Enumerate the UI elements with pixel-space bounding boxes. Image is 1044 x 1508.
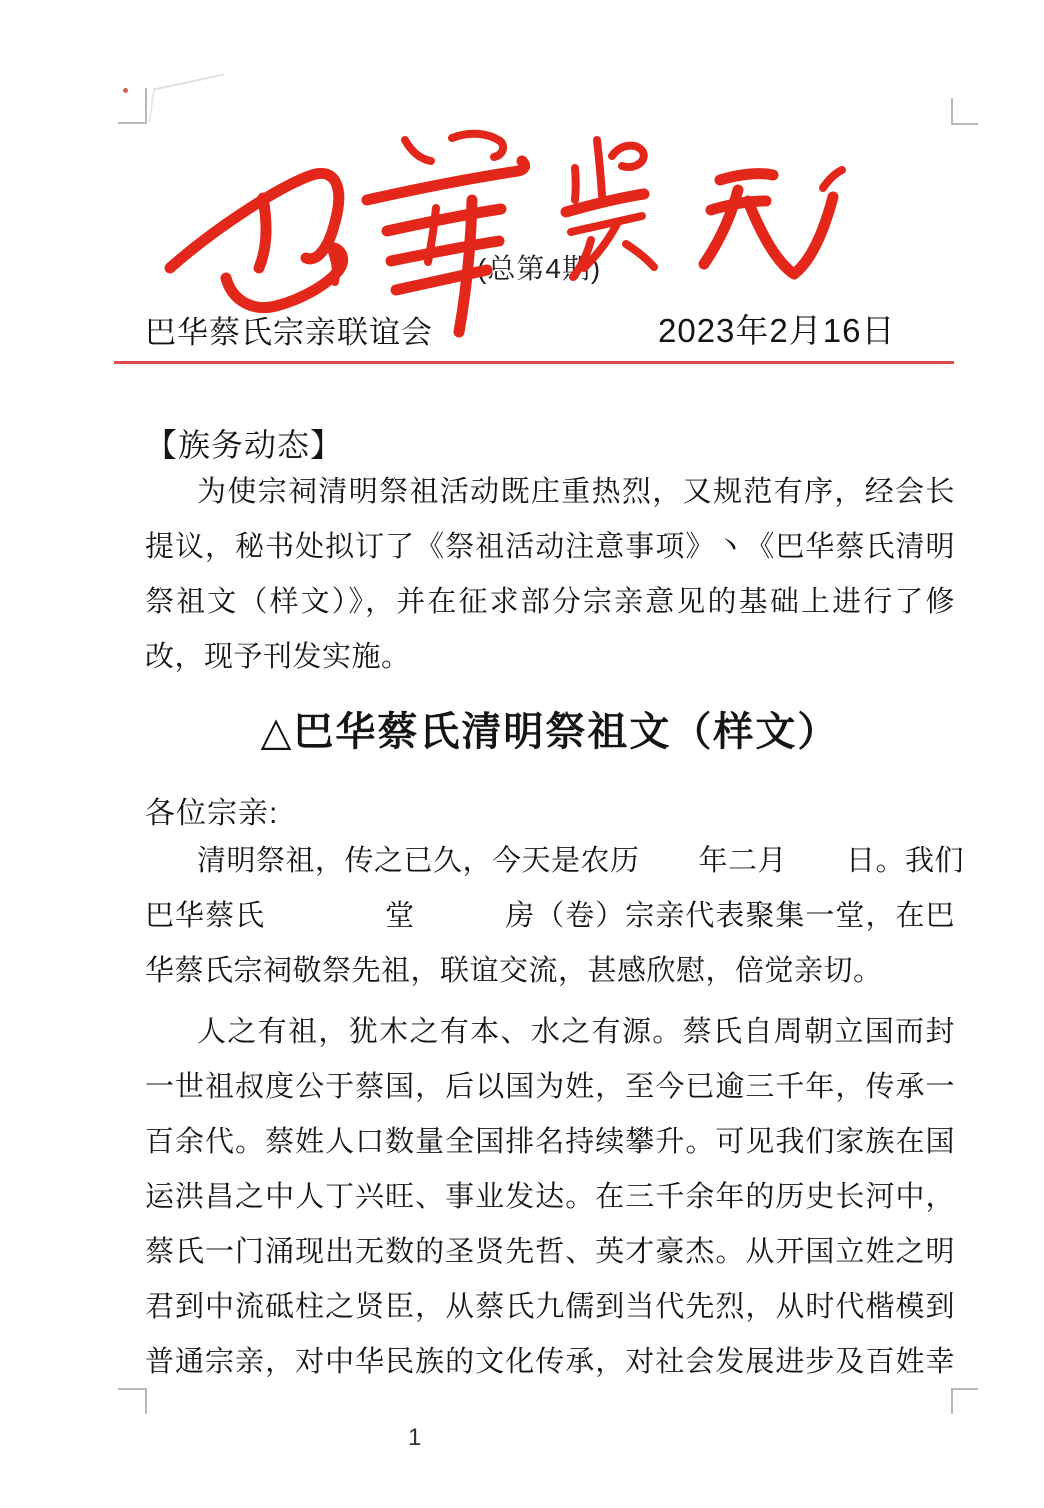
issue-label: (总第4期) — [477, 247, 601, 287]
body-line: 改，现予刊发实施。 — [145, 630, 955, 685]
smudge-mark — [148, 74, 223, 123]
document-page: (总第4期) 巴华蔡氏宗亲联谊会 2023年2月16日 【族务动态】 为使宗祠清… — [0, 0, 1044, 1508]
text-boundary-mark-top-right — [951, 98, 978, 125]
body-line: 君到中流砥柱之贤臣，从蔡氏九儒到当代先烈，从时代楷模到 — [145, 1280, 955, 1335]
body-line: 蔡氏一门涌现出无数的圣贤先哲、英才豪杰。从开国立姓之明 — [145, 1225, 955, 1280]
page-number: 1 — [408, 1424, 421, 1452]
body-line: 提议，秘书处拟订了《祭祖活动注意事项》丶《巴华蔡氏清明 — [145, 520, 955, 575]
text-boundary-mark-bottom-left — [118, 1388, 147, 1414]
calligraphy-char-hua — [367, 134, 525, 332]
body-line: 清明祭祖，传之已久，今天是农历 年二月 日。我们 — [145, 834, 955, 889]
body-line: 运洪昌之中人丁兴旺、事业发达。在三千余年的历史长河中， — [145, 1170, 955, 1225]
body-line: 祭祖文（样文）》，并在征求部分宗亲意见的基础上进行了修 — [145, 575, 955, 630]
text-boundary-mark-top-left — [118, 88, 147, 124]
org-name: 巴华蔡氏宗亲联谊会 — [145, 307, 433, 352]
paragraph-history: 人之有祖，犹木之有本、水之有源。蔡氏自周朝立国而封 一世祖叔度公于蔡国，后以国为… — [145, 1005, 955, 1390]
body-line: 巴华蔡氏 堂 房（卷）宗亲代表聚集一堂，在巴 — [145, 889, 955, 944]
masthead-calligraphy — [120, 100, 870, 340]
body-line: 百余代。蔡姓人口数量全国排名持续攀升。可见我们家族在国 — [145, 1115, 955, 1170]
body-line: 普通宗亲，对中华民族的文化传承，对社会发展进步及百姓幸 — [145, 1335, 955, 1390]
salutation: 各位宗亲: — [145, 788, 278, 832]
body-line: 一世祖叔度公于蔡国，后以国为姓，至今已逾三千年，传承一 — [145, 1060, 955, 1115]
paragraph-opening: 清明祭祖，传之已久，今天是农历 年二月 日。我们 巴华蔡氏 堂 房（卷）宗亲代表… — [145, 834, 955, 999]
body-line: 华蔡氏宗祠敬祭先祖，联谊交流，甚感欣慰，倍觉亲切。 — [145, 944, 955, 999]
text-boundary-mark-bottom-right — [951, 1388, 978, 1414]
body-line: 人之有祖，犹木之有本、水之有源。蔡氏自周朝立国而封 — [145, 1005, 955, 1060]
article-heading: △巴华蔡氏清明祭祖文（样文） — [145, 700, 955, 757]
calligraphy-char-ba — [170, 173, 343, 307]
masthead-divider — [114, 361, 954, 364]
issue-date: 2023年2月16日 — [658, 305, 895, 352]
calligraphy-char-shi — [704, 170, 842, 274]
intro-paragraph: 为使宗祠清明祭祖活动既庄重热烈，又规范有序，经会长 提议，秘书处拟订了《祭祖活动… — [145, 465, 955, 685]
body-line: 为使宗祠清明祭祖活动既庄重热烈，又规范有序，经会长 — [145, 465, 955, 520]
section-label: 【族务动态】 — [145, 420, 343, 466]
